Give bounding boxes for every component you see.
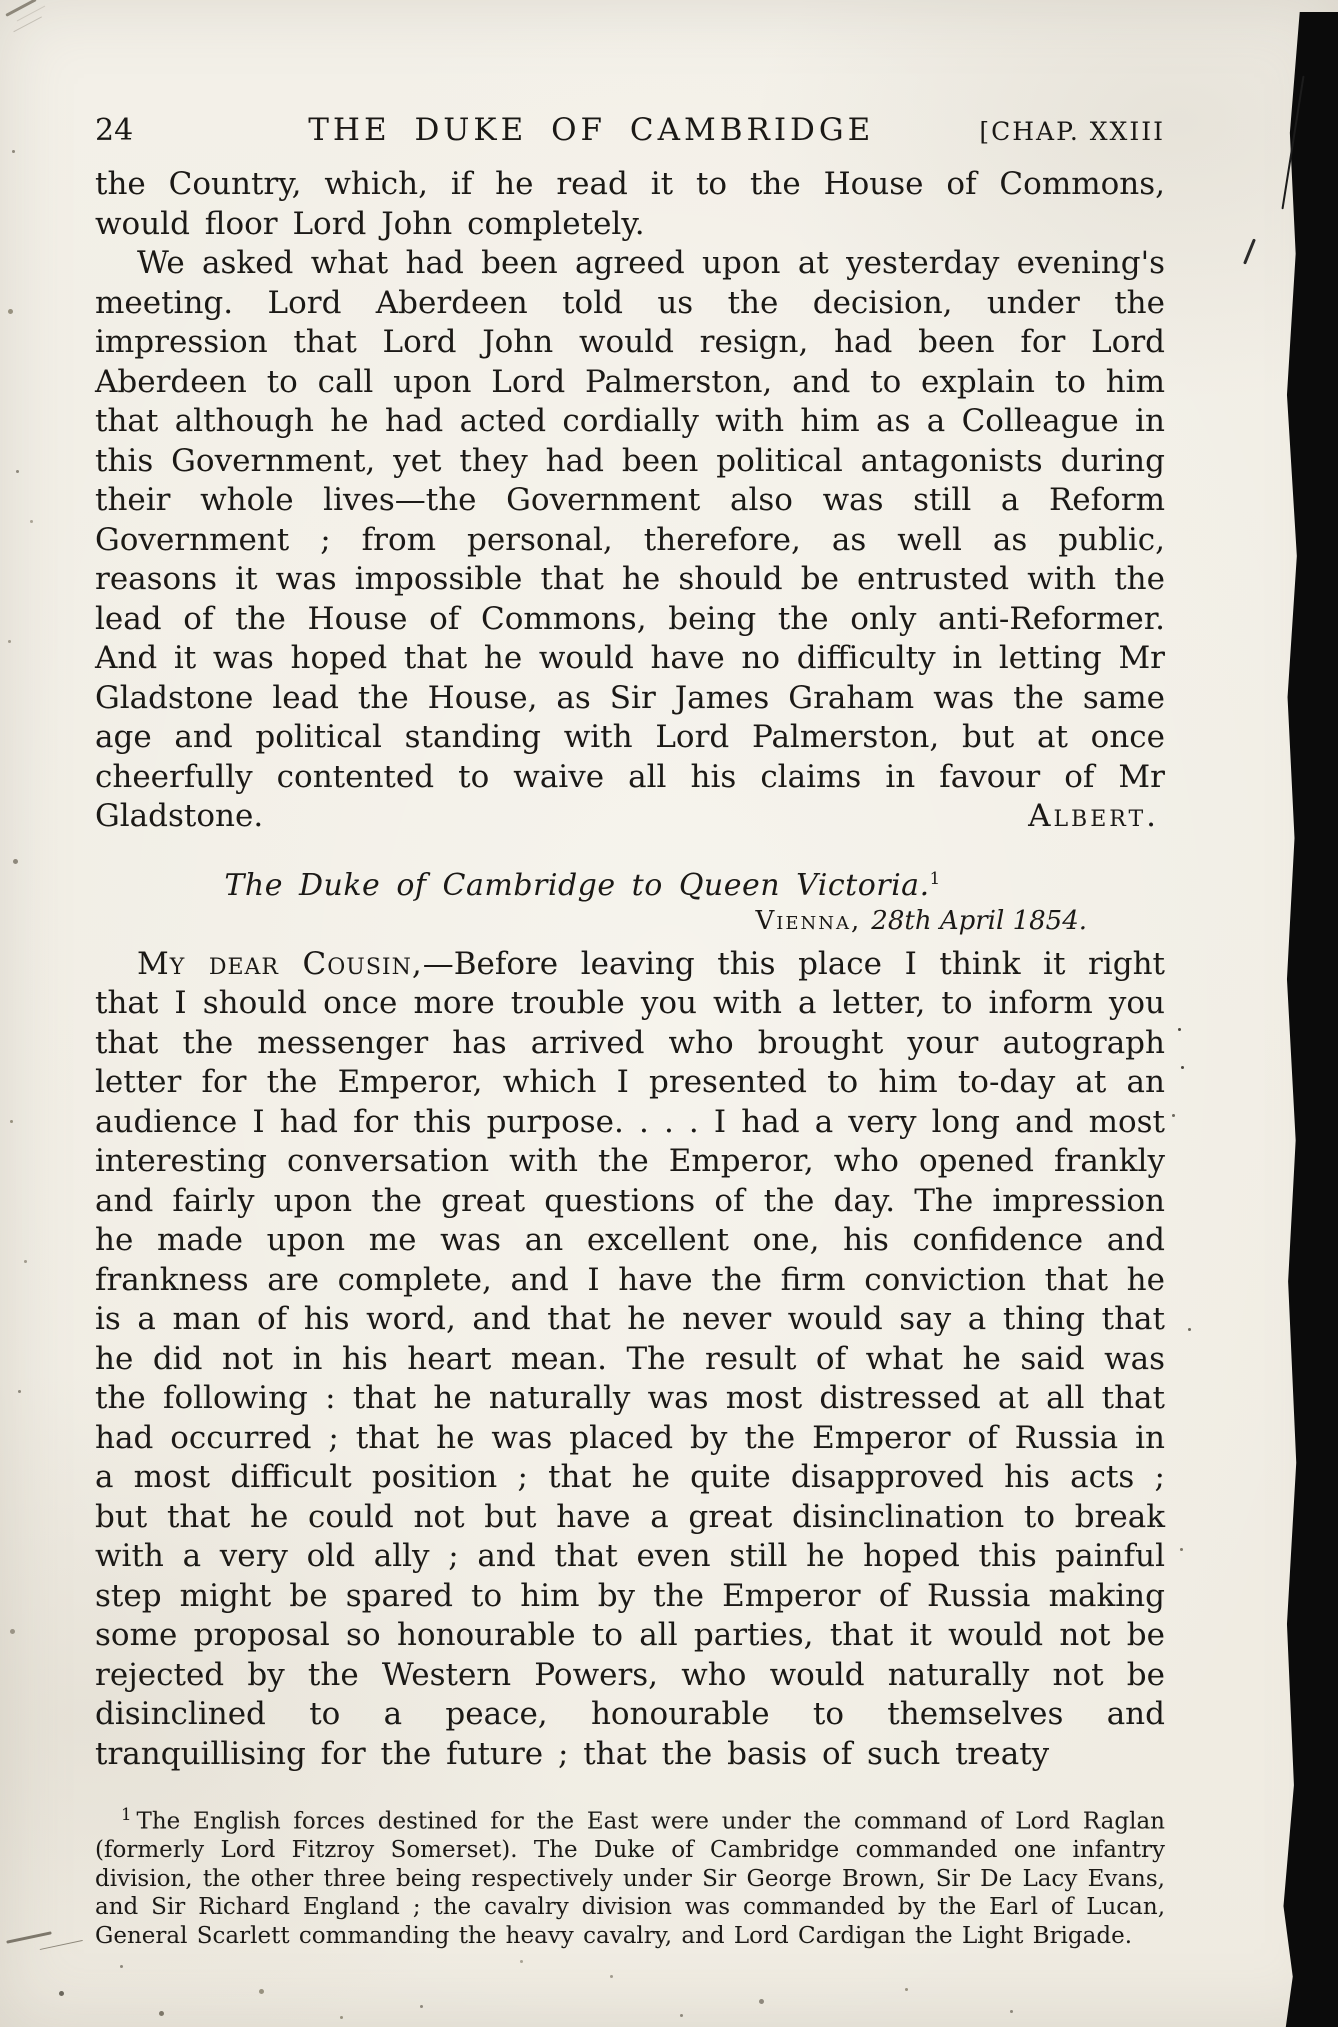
corner-scan-noise bbox=[5, 0, 36, 17]
letter-heading: The Duke of Cambridge to Queen Victoria.… bbox=[95, 868, 1165, 903]
footnote: 1The English forces destined for the Eas… bbox=[95, 1801, 1165, 1950]
page-number: 24 bbox=[95, 113, 133, 148]
bottom-speckles bbox=[0, 0, 3, 3]
chapter-reference: [CHAP. XXIII bbox=[979, 117, 1165, 146]
letter-body-text: —Before leaving this place I think it ri… bbox=[95, 946, 1165, 1772]
dateline-date: 28th April 1854. bbox=[871, 906, 1087, 936]
handwritten-margin-mark bbox=[1243, 238, 1256, 264]
book-page-scan: 24 THE DUKE OF CAMBRIDGE [CHAP. XXIII th… bbox=[0, 0, 1338, 2027]
signature-albert: Albert. bbox=[1028, 797, 1165, 837]
footnote-number: 1 bbox=[121, 1805, 132, 1824]
scan-gutter-shadow bbox=[1280, 12, 1338, 2027]
page-header: 24 THE DUKE OF CAMBRIDGE [CHAP. XXIII bbox=[95, 112, 1165, 148]
running-title: THE DUKE OF CAMBRIDGE bbox=[308, 112, 874, 148]
right-margin-speckles bbox=[1178, 1028, 1181, 1031]
footnote-reference-mark: 1 bbox=[930, 869, 941, 888]
paragraph-memorandum: We asked what had been agreed upon at ye… bbox=[95, 244, 1165, 837]
paragraph-continuation: the Country, which, if he read it to the… bbox=[95, 165, 1165, 244]
letter-salutation: My dear Cousin, bbox=[137, 946, 423, 982]
bottom-left-scan-noise bbox=[6, 1931, 52, 1943]
letter-dateline: Vienna,28th April 1854. bbox=[95, 906, 1165, 936]
footnote-text: The English forces destined for the East… bbox=[95, 1809, 1165, 1949]
paragraph-text: We asked what had been agreed upon at ye… bbox=[95, 245, 1165, 834]
dateline-place: Vienna, bbox=[755, 906, 861, 936]
letter-body: My dear Cousin,—Before leaving this plac… bbox=[95, 945, 1165, 1775]
letter-heading-text: The Duke of Cambridge to Queen Victoria. bbox=[224, 868, 929, 903]
text-column: 24 THE DUKE OF CAMBRIDGE [CHAP. XXIII th… bbox=[95, 112, 1165, 1950]
